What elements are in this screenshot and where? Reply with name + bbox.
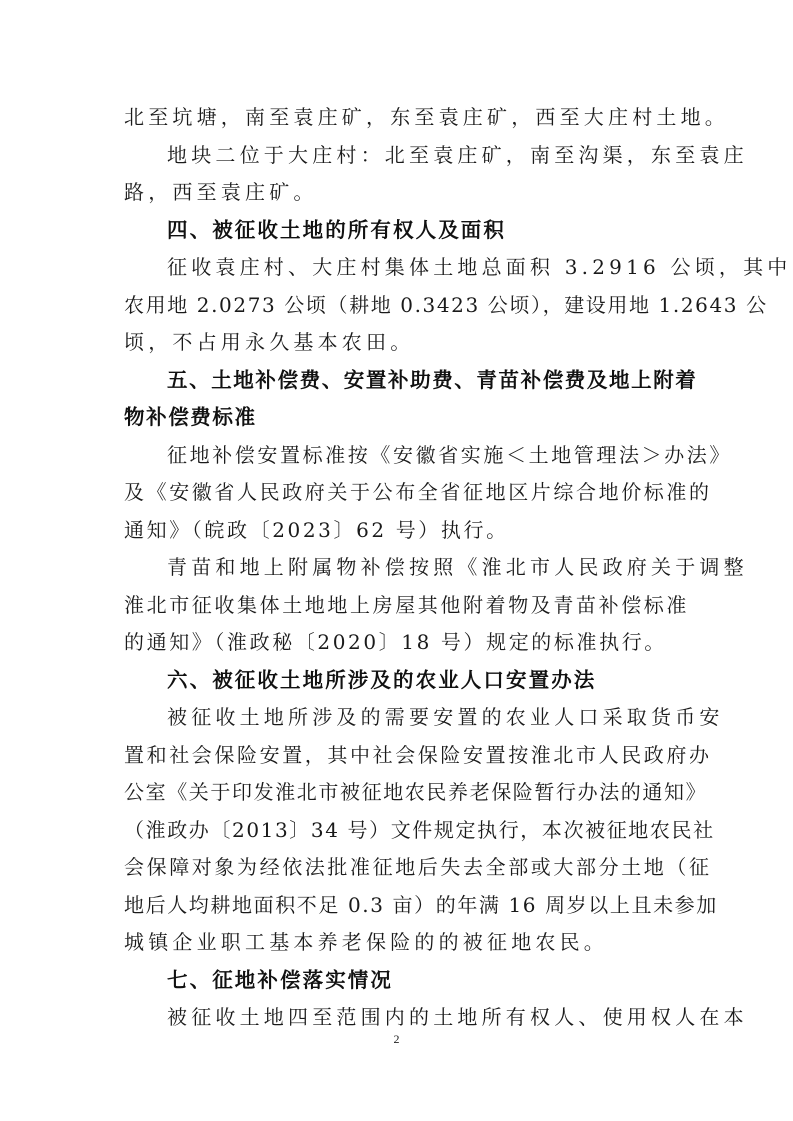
section-heading-5: 五、土地补偿费、安置补助费、青苗补偿费及地上附着 <box>124 362 672 400</box>
body-line: 农用地 2.0273 公顷（耕地 0.3423 公顷），建设用地 1.2643 … <box>124 287 672 325</box>
body-line: 北至坑塘，南至袁庄矿，东至袁庄矿，西至大庄村土地。 <box>124 99 672 137</box>
body-line: 淮北市征收集体土地地上房屋其他附着物及青苗补偿标准 <box>124 587 672 625</box>
body-line: 青苗和地上附属物补偿按照《淮北市人民政府关于调整 <box>124 549 672 587</box>
section-heading-7: 七、征地补偿落实情况 <box>124 962 672 1000</box>
page-number: 2 <box>0 1032 793 1047</box>
body-line: 征地补偿安置标准按《安徽省实施＜土地管理法＞办法》 <box>124 437 672 475</box>
body-line: 路，西至袁庄矿。 <box>124 174 672 212</box>
body-line: （淮政办〔2013〕34 号）文件规定执行，本次被征地农民社 <box>124 812 672 850</box>
body-line: 被征收土地所涉及的需要安置的农业人口采取货币安 <box>124 699 672 737</box>
body-line: 被征收土地四至范围内的土地所有权人、使用权人在本 <box>124 999 672 1037</box>
body-line: 的通知》（淮政秘〔2020〕18 号）规定的标准执行。 <box>124 624 672 662</box>
body-line: 会保障对象为经依法批准征地后失去全部或大部分土地（征 <box>124 849 672 887</box>
body-line: 征收袁庄村、大庄村集体土地总面积 3.2916 公顷，其中 <box>124 249 672 287</box>
document-page: 北至坑塘，南至袁庄矿，东至袁庄矿，西至大庄村土地。 地块二位于大庄村：北至袁庄矿… <box>124 99 672 1037</box>
body-line: 顷，不占用永久基本农田。 <box>124 324 672 362</box>
body-line: 公室《关于印发淮北市被征地农民养老保险暂行办法的通知》 <box>124 774 672 812</box>
section-heading-4: 四、被征收土地的所有权人及面积 <box>124 212 672 250</box>
section-heading-6: 六、被征收土地所涉及的农业人口安置办法 <box>124 662 672 700</box>
section-heading-5-cont: 物补偿费标准 <box>124 399 672 437</box>
body-line: 及《安徽省人民政府关于公布全省征地区片综合地价标准的 <box>124 474 672 512</box>
body-line: 通知》（皖政〔2023〕62 号）执行。 <box>124 512 672 550</box>
body-line: 置和社会保险安置，其中社会保险安置按淮北市人民政府办 <box>124 737 672 775</box>
body-line: 地后人均耕地面积不足 0.3 亩）的年满 16 周岁以上且未参加 <box>124 887 672 925</box>
body-line: 地块二位于大庄村：北至袁庄矿，南至沟渠，东至袁庄 <box>124 137 672 175</box>
body-line: 城镇企业职工基本养老保险的的被征地农民。 <box>124 924 672 962</box>
